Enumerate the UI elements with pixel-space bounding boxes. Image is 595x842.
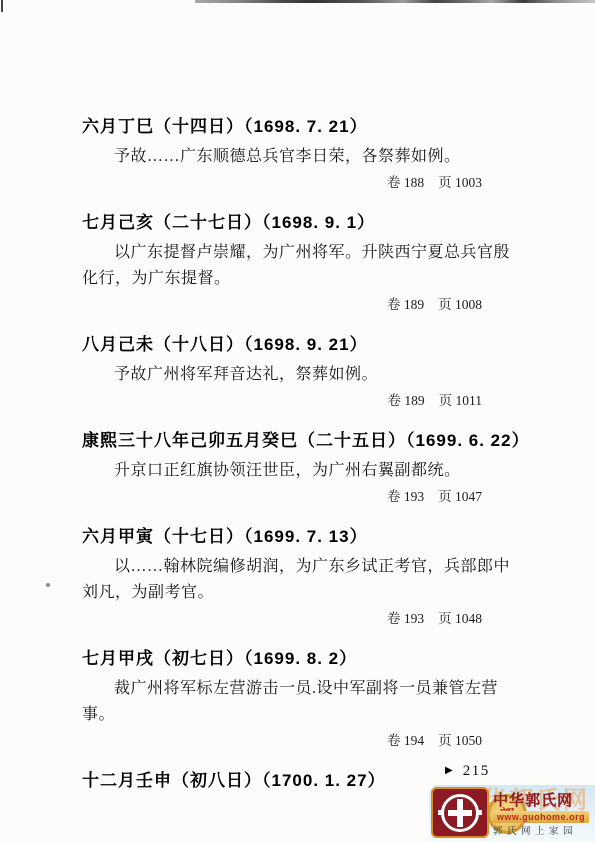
- ref-page: 页 1008: [438, 297, 482, 312]
- ref-page: 页 1047: [438, 489, 482, 504]
- entry-body-text: 升京口正红旗协领汪世臣，为广州右翼副都统。: [82, 458, 526, 484]
- record-entry: 六月甲寅（十七日）（1699. 7. 13） 以……翰林院编修胡润，为广东乡试正…: [82, 526, 526, 628]
- scan-artifact-top-edge: [195, 0, 595, 3]
- entries-list: 六月丁巳（十四日）（1698. 7. 21） 予故……广东顺德总兵官李日荣，各祭…: [82, 116, 526, 811]
- site-slogan: 郭氏网上家园: [493, 826, 593, 838]
- entry-date-heading: 康熙三十八年己卯五月癸巳（二十五日）（1699. 6. 22）: [82, 430, 526, 451]
- entry-body-text: 以……翰林院编修胡润，为广东乡试正考官，兵部郎中刘凡，为副考官。: [82, 554, 526, 606]
- scan-artifact-left-tick: [1, 0, 3, 12]
- record-entry: 七月己亥（二十七日）（1698. 9. 1） 以广东提督卢崇耀，为广州将军。升陕…: [82, 212, 526, 314]
- ref-volume: 卷 188: [387, 175, 424, 190]
- record-entry: 六月丁巳（十四日）（1698. 7. 21） 予故……广东顺德总兵官李日荣，各祭…: [82, 116, 526, 192]
- page-number-row: ▶ 215: [445, 762, 490, 780]
- ref-volume: 卷 193: [387, 611, 424, 626]
- entry-source-ref: 卷 193页 1047: [82, 488, 482, 506]
- entry-body-text: 裁广州将军标左营游击一员.设中军副将一员兼管左营事。: [82, 676, 526, 728]
- entry-body-text: 予故……广东顺德总兵官李日荣，各祭葬如例。: [82, 144, 526, 170]
- site-name: 中华郭氏网: [493, 792, 593, 809]
- ref-page: 页 1050: [438, 733, 482, 748]
- site-watermark: 中华郭氏网 郭 中华郭氏网 www.guohome.org 郭氏网上家园: [429, 785, 595, 842]
- ref-page: 页 1048: [438, 611, 482, 626]
- ref-volume: 卷 194: [387, 733, 424, 748]
- ref-page: 页 1011: [439, 393, 482, 408]
- entry-source-ref: 卷 188页 1003: [82, 174, 482, 192]
- red-seal-logo-icon: [431, 787, 489, 838]
- entry-source-ref: 卷 189页 1008: [82, 296, 482, 314]
- ref-volume: 卷 189: [387, 297, 424, 312]
- ref-volume: 卷 193: [387, 489, 424, 504]
- seal-dot-left: [438, 810, 443, 815]
- entry-date-heading: 六月甲寅（十七日）（1699. 7. 13）: [82, 526, 526, 547]
- entry-date-heading: 七月己亥（二十七日）（1698. 9. 1）: [82, 212, 526, 233]
- entry-date-heading: 八月己未（十八日）（1698. 9. 21）: [82, 334, 526, 355]
- ref-page: 页 1003: [438, 175, 482, 190]
- entry-body-text: 予故广州将军拜音达礼，祭葬如例。: [82, 362, 526, 388]
- entry-source-ref: 卷 194页 1050: [82, 732, 482, 750]
- scan-artifact-spot: [46, 583, 50, 587]
- entry-source-ref: 卷 189页 1011: [82, 392, 482, 410]
- entry-date-heading: 七月甲戌（初七日）（1699. 8. 2）: [82, 648, 526, 669]
- record-entry: 康熙三十八年己卯五月癸巳（二十五日）（1699. 6. 22） 升京口正红旗协领…: [82, 430, 526, 506]
- record-entry: 七月甲戌（初七日）（1699. 8. 2） 裁广州将军标左营游击一员.设中军副将…: [82, 648, 526, 750]
- site-url[interactable]: www.guohome.org: [493, 811, 589, 823]
- seal-emblem-horizontal: [448, 810, 472, 816]
- record-entry: 八月己未（十八日）（1698. 9. 21） 予故广州将军拜音达礼，祭葬如例。 …: [82, 334, 526, 410]
- entry-body-text: 以广东提督卢崇耀，为广州将军。升陕西宁夏总兵官殷化行，为广东提督。: [82, 240, 526, 292]
- page-marker-triangle-icon: ▶: [445, 762, 453, 780]
- entry-date-heading: 六月丁巳（十四日）（1698. 7. 21）: [82, 116, 526, 137]
- page-number: 215: [463, 763, 490, 780]
- entry-source-ref: 卷 193页 1048: [82, 610, 482, 628]
- watermark-text-block: 中华郭氏网 www.guohome.org 郭氏网上家园: [493, 792, 593, 838]
- ref-volume: 卷 189: [388, 393, 425, 408]
- seal-dot-right: [477, 810, 482, 815]
